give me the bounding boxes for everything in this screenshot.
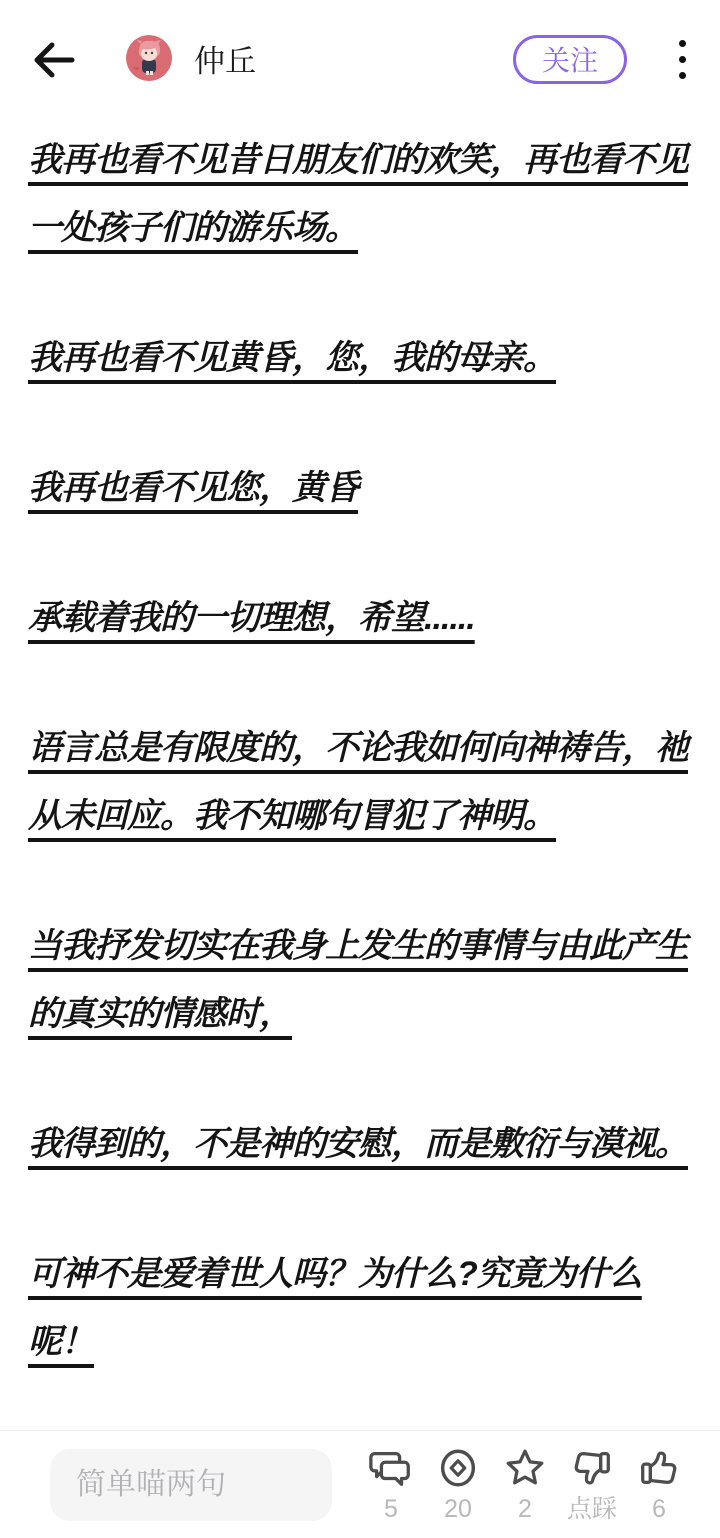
post-paragraph: 语言总是有限度的，不论我如何向神祷告，祂从未回应。我不知哪句冒犯了神明。 <box>28 714 692 850</box>
recommend-icon <box>435 1445 481 1491</box>
back-arrow-icon <box>32 40 76 80</box>
action-buttons: 5 20 2 点踩 <box>360 1445 690 1524</box>
post-content: 我再也看不见昔日朋友们的欢笑，再也看不见一处孩子们的游乐场。 我再也看不见黄昏，… <box>0 116 720 1428</box>
upvote-count: 6 <box>652 1494 666 1524</box>
thumbs-up-icon <box>636 1445 682 1491</box>
star-icon <box>502 1445 548 1491</box>
back-button[interactable] <box>28 34 80 86</box>
username[interactable]: 仲丘 <box>194 36 513 81</box>
comment-count: 5 <box>384 1494 398 1524</box>
post-paragraph: 当我抒发切实在我身上发生的事情与由此产生的真实的情感时， <box>28 912 692 1048</box>
follow-button[interactable]: 关注 <box>513 35 627 84</box>
downvote-label: 点踩 <box>567 1494 617 1524</box>
comment-button[interactable]: 5 <box>360 1445 422 1524</box>
upvote-button[interactable]: 6 <box>628 1445 690 1524</box>
post-paragraph: 可神不是爱着世人吗？为什么?究竟为什么呢！ <box>28 1240 692 1376</box>
thumbs-down-icon <box>569 1445 615 1491</box>
collect-count: 2 <box>518 1494 532 1524</box>
bottom-action-bar: 5 20 2 点踩 <box>0 1430 720 1538</box>
post-paragraph: 我再也看不见黄昏，您，我的母亲。 <box>28 324 692 392</box>
post-paragraph: 我得到的，不是神的安慰，而是敷衍与漠视。 <box>28 1110 692 1178</box>
post-paragraph: 承载着我的一切理想，希望...... <box>28 584 692 652</box>
kebab-dot <box>679 40 686 47</box>
kebab-dot <box>679 72 686 79</box>
recommend-button[interactable]: 20 <box>427 1445 489 1524</box>
collect-button[interactable]: 2 <box>494 1445 556 1524</box>
kebab-dot <box>679 56 686 63</box>
avatar[interactable] <box>126 35 172 81</box>
post-header: 仲丘 关注 <box>0 0 720 116</box>
post-paragraph: 我再也看不见您，黄昏 <box>28 454 692 522</box>
more-options-icon[interactable] <box>673 34 692 85</box>
downvote-button[interactable]: 点踩 <box>561 1445 623 1524</box>
recommend-count: 20 <box>444 1494 472 1524</box>
comment-input[interactable] <box>50 1449 332 1521</box>
comment-icon <box>368 1445 414 1491</box>
avatar-image <box>126 35 172 81</box>
post-paragraph: 我再也看不见昔日朋友们的欢笑，再也看不见一处孩子们的游乐场。 <box>28 126 692 262</box>
